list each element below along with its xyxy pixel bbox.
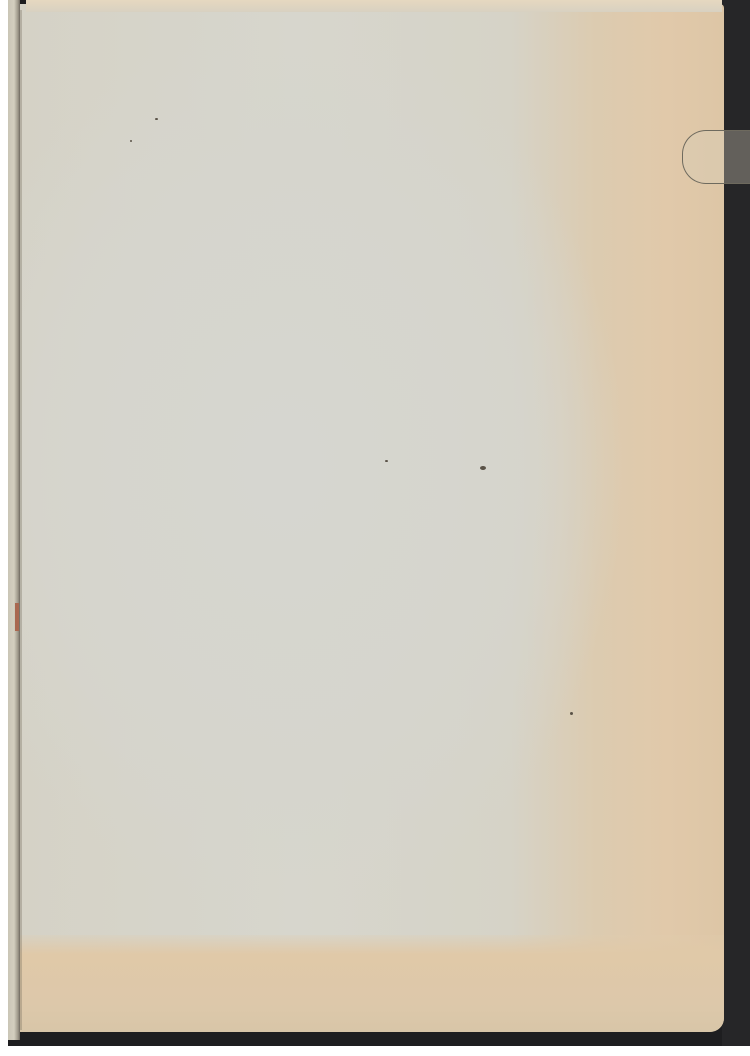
page-top-edge [26,0,722,12]
book-spine [8,0,20,1040]
scan-margin-bottom [0,1046,750,1056]
paper-speck [385,460,388,462]
paper-speck [480,466,486,470]
paper-speck [130,140,132,142]
paper-speck [155,118,158,120]
red-mark [15,603,19,631]
paper-speck [570,712,573,715]
scan-margin-left [0,0,8,1056]
blank-page [12,4,724,1032]
bookmark-tab [682,130,750,184]
water-stain-bottom [12,935,724,1032]
gutter-line [20,10,22,1030]
